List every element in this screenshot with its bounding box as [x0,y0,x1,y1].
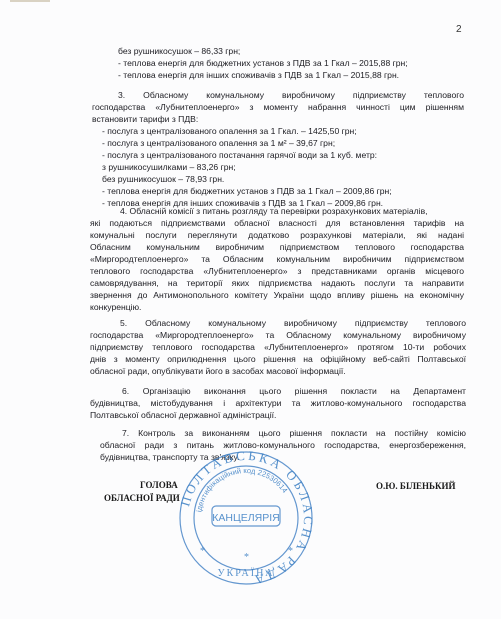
continuation-line: - теплова енергія для бюджетних установ … [118,58,408,69]
signatory-name: О.Ю. БІЛЕНЬКИЙ [376,481,456,491]
item3-line: встановити тарифи з ПДВ: [92,114,198,125]
tariff-line: з рушникосушилками – 83,26 грн; [102,162,236,173]
svg-text:КАНЦЕЛЯРІЯ: КАНЦЕЛЯРІЯ [212,512,279,524]
tariff-line: - послуга з централізованого опалення за… [102,126,357,137]
item4-line: звернення до Антимонопольного комітету У… [90,290,464,301]
document-page: 2 без рушникосушок – 86,33 грн; - теплов… [0,0,501,619]
tariff-line: без рушникосушок – 78,93 грн. [102,174,224,185]
item6-line: 6. Організацію виконання цього рішення п… [122,386,466,397]
item4-line: які подаються підприємствами обласної вл… [90,218,464,229]
item7-line: 7. Контроль за виконанням цього рішення … [122,428,466,439]
official-seal-icon: ПОЛТАВСЬКА ОБЛАСНА РАДА ідентифікаційний… [176,448,316,588]
scan-edge [10,0,50,2]
svg-text:*: * [244,552,249,563]
item4-line: «Миргородтеплоенерго» та Обласним комуна… [90,254,464,265]
signatory-title: ГОЛОВА [140,480,178,490]
item4-line: 4. Обласній комісії з питань розгляду та… [120,206,428,217]
item5-line: обласної ради, опублікувати його в засоб… [90,366,346,377]
item4-line: конкуренцію. [90,302,141,313]
tariff-line: - послуга з централізованого опалення за… [102,138,335,149]
item3-line: господарства «Лубнитеплоенерго» з момент… [92,102,464,113]
svg-text:УКРАЇНА: УКРАЇНА [217,567,274,579]
item5-line: господарства «Миргородтеплоенерго» та Об… [90,330,466,341]
page-number: 2 [456,24,462,35]
item4-line: Обласним комунальним виробничим підприєм… [90,242,464,253]
item5-line: днів з моменту оприлюднення цього рішенн… [90,354,466,365]
item4-line: теплового господарства «Лубнитеплоенерго… [90,266,464,277]
tariff-line: - теплова енергія для бюджетних установ … [102,186,392,197]
item6-line: будівництва, містобудування і архітектур… [90,398,466,409]
item6-line: Полтавської обласної державної адміністр… [90,410,276,421]
continuation-line: без рушникосушок – 86,33 грн; [118,46,240,57]
item3-line: 3. Обласному комунальному виробничому пі… [118,90,464,101]
item5-line: підприємству теплового господарства «Луб… [90,342,466,353]
item4-line: самоврядування, на території яких підпри… [90,278,464,289]
svg-text:*: * [288,546,293,557]
signatory-title: ОБЛАСНОЇ РАДИ [104,493,180,503]
tariff-line: - послуга з централізованого постачання … [102,150,377,161]
svg-text:*: * [200,546,205,557]
item4-line: комунальні послуги переглянути додатково… [90,230,464,241]
item5-line: 5. Обласному комунальному виробничому пі… [120,318,466,329]
continuation-line: - теплова енергія для інших споживачів з… [118,70,399,81]
